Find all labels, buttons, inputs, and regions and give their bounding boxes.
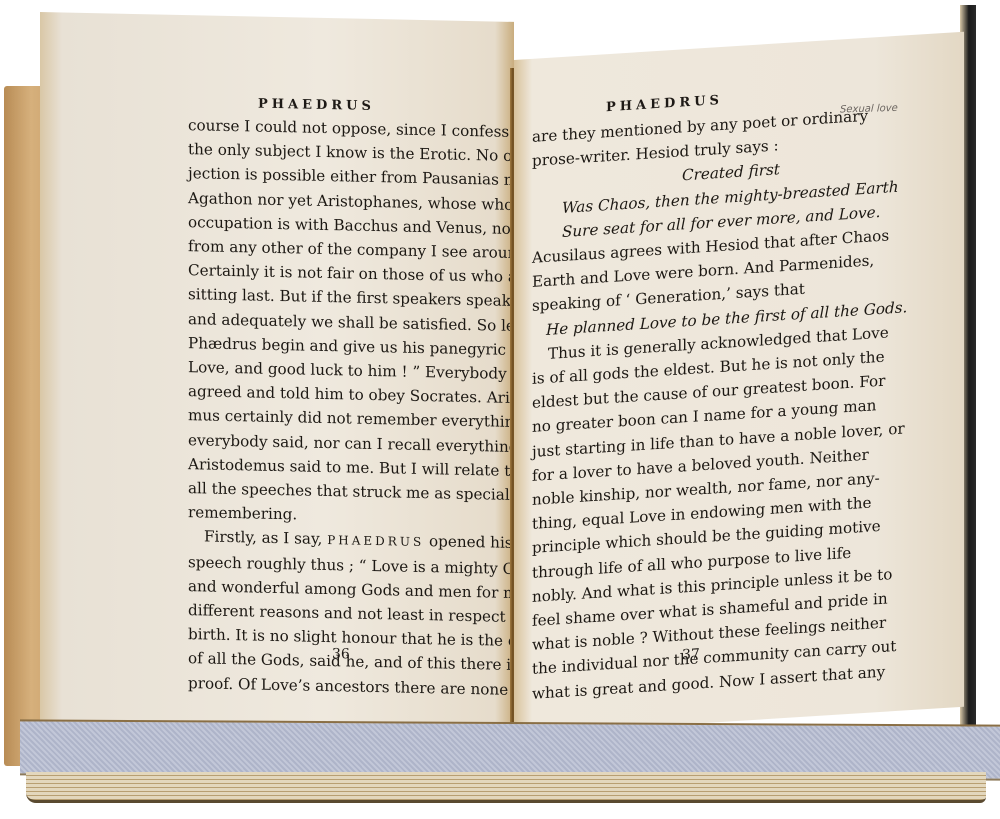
open-book-scene: PHAEDRUS course I could not oppose, sinc… (0, 0, 1000, 819)
right-page-text: are they mentioned by any poet or ordina… (532, 106, 832, 706)
left-page-number: 36 (332, 646, 350, 662)
left-running-head: PHAEDRUS (258, 97, 375, 114)
right-page-number: 37 (682, 646, 700, 663)
small-caps-name: PHAEDRUS (327, 533, 424, 549)
left-page: PHAEDRUS course I could not oppose, sinc… (40, 12, 514, 737)
right-running-head: PHAEDRUS (606, 93, 723, 115)
book-page-edges (26, 772, 986, 803)
right-page: PHAEDRUS Sexual love are they mentioned … (514, 32, 964, 735)
left-page-text: course I could not oppose, since I confe… (188, 113, 490, 701)
